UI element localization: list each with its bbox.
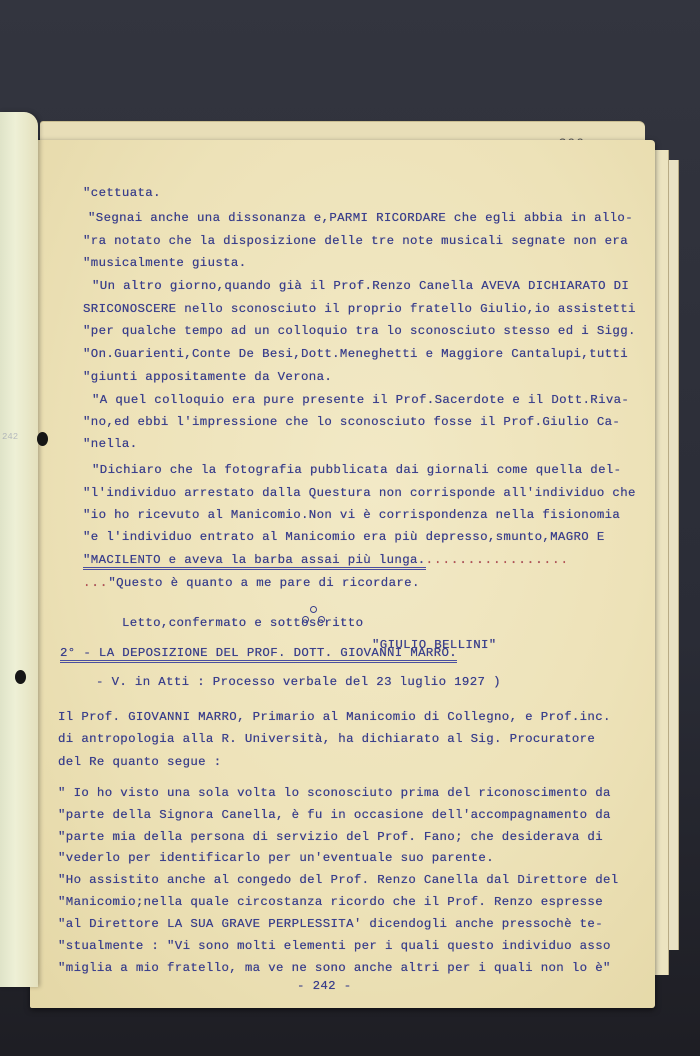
text-line: ..."Questo è quanto a me pare di ricorda… xyxy=(83,575,420,591)
text-line: "parte mia della persona di servizio del… xyxy=(58,829,603,845)
text-line: "l'individuo arrestato dalla Questura no… xyxy=(83,485,636,501)
text-line: "e l'individuo entrato al Manicomio era … xyxy=(83,529,605,545)
page-number: - 242 - xyxy=(297,978,352,994)
text-line: "stualmente : "Vi sono molti elementi pe… xyxy=(58,938,611,954)
text-line: "Ho assistito anche al congedo del Prof.… xyxy=(58,872,619,888)
text-line: "parte della Signora Canella, è fu in oc… xyxy=(58,807,611,823)
text-line: "ra notato che la disposizione delle tre… xyxy=(83,233,628,249)
punch-hole xyxy=(37,432,48,446)
text-line: "Manicomio;nella quale circostanza ricor… xyxy=(58,894,603,910)
page-text: "cettuata. "Segnai anche una dissonanza … xyxy=(30,140,655,1008)
text-line: "MACILENTO e aveva la barba assai più lu… xyxy=(83,552,569,568)
text-line: "cettuata. xyxy=(83,185,161,201)
text-line: del Re quanto segue : xyxy=(58,754,222,770)
punch-hole xyxy=(15,670,26,684)
text-line: "On.Guarienti,Conte De Besi,Dott.Meneghe… xyxy=(83,346,628,362)
text-line: "A quel colloquio era pure presente il P… xyxy=(92,392,629,408)
text-line: "al Direttore LA SUA GRAVE PERPLESSITA' … xyxy=(58,916,603,932)
text-line: "Segnai anche una dissonanza e,PARMI RIC… xyxy=(88,210,633,226)
text-line: di antropologia alla R. Università, ha d… xyxy=(58,731,595,747)
text-line: "Un altro giorno,quando già il Prof.Renz… xyxy=(92,278,629,294)
text-line: "per qualche tempo ad un colloquio tra l… xyxy=(83,323,636,339)
text-line: Il Prof. GIOVANNI MARRO, Primario al Man… xyxy=(58,709,611,725)
typewritten-page: "cettuata. "Segnai anche una dissonanza … xyxy=(30,140,655,1008)
text-line: "vederlo per identificarlo per un'eventu… xyxy=(58,850,494,866)
curled-previous-page: 242 xyxy=(0,112,38,987)
document-photo: 300 "cettuata. "Segnai anche una dissona… xyxy=(0,0,700,1056)
text-line: "miglia a mio fratello, ma ve ne sono an… xyxy=(58,960,611,976)
section-heading: 2° - LA DEPOSIZIONE DEL PROF. DOTT. GIOV… xyxy=(60,645,457,661)
text-line: SRICONOSCERE nello sconosciuto il propri… xyxy=(83,301,636,317)
text-line: "nella. xyxy=(83,436,138,452)
text-line: "giunti appositamente da Verona. xyxy=(83,369,332,385)
section-reference: - V. in Atti : Processo verbale del 23 l… xyxy=(96,674,501,690)
text-line: " Io ho visto una sola volta lo sconosci… xyxy=(58,785,611,801)
text-line: "musicalmente giusta. xyxy=(83,255,247,271)
margin-note: 242 xyxy=(2,432,36,442)
text-line: "io ho ricevuto al Manicomio.Non vi è co… xyxy=(83,507,620,523)
text-line: "no,ed ebbi l'impressione che lo sconosc… xyxy=(83,414,620,430)
section-separator-mark xyxy=(300,606,330,632)
text-line: "Dichiaro che la fotografia pubblicata d… xyxy=(92,462,621,478)
